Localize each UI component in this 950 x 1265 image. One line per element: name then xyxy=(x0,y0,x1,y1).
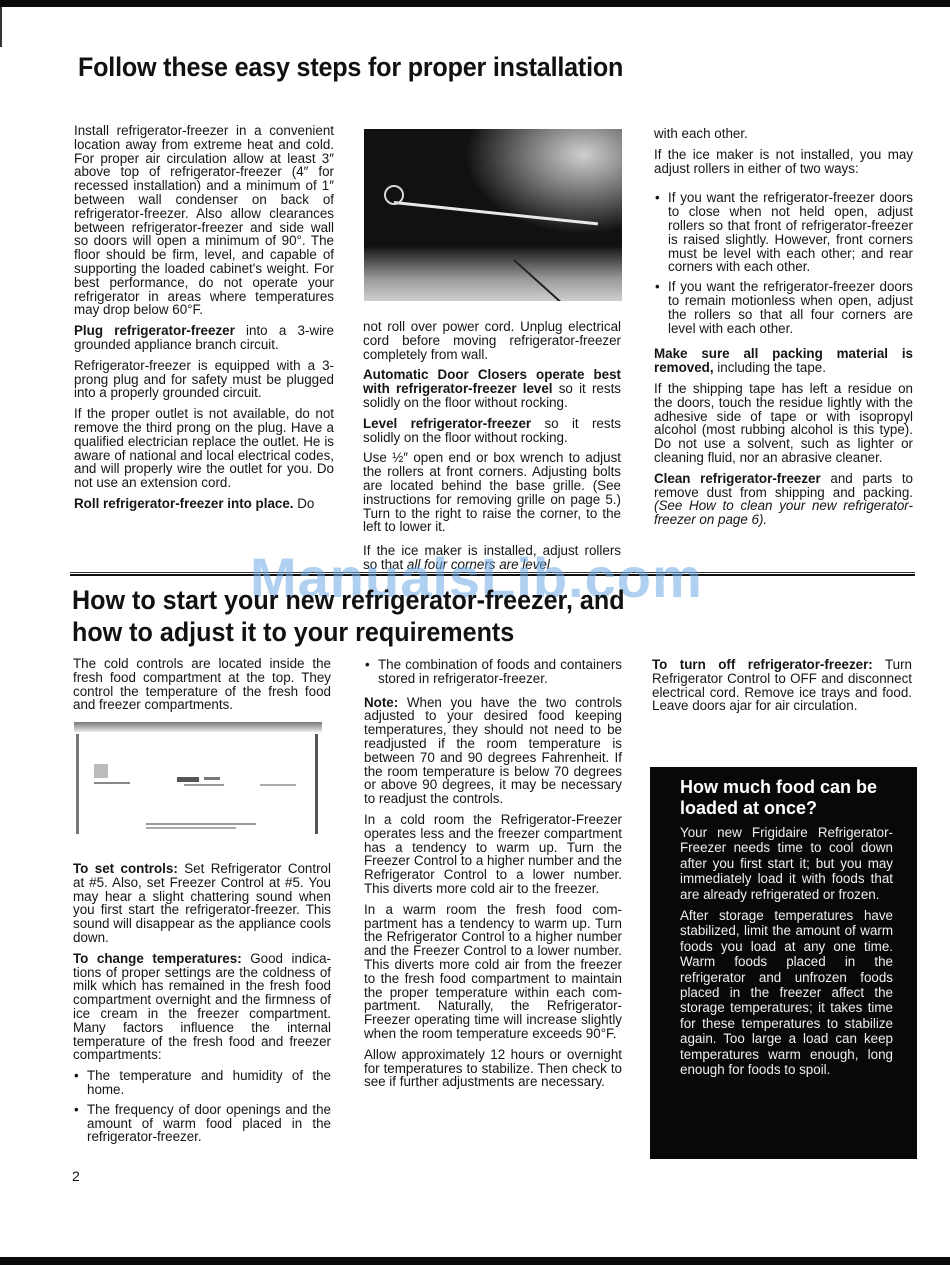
prong-paragraph: Refrigerator-freezer is equipped with a … xyxy=(74,359,334,400)
start-column-1-top: The cold controls are located inside the… xyxy=(73,657,331,719)
food-load-callout: How much food can be loaded at once? You… xyxy=(650,767,917,1159)
plug-heading: Plug refrigerator-freezer xyxy=(74,323,235,338)
location-paragraph: Install refrigerator-freezer in a conven… xyxy=(74,124,334,317)
brand-label-icon xyxy=(177,777,199,782)
change-temps-heading: To change temperatures: xyxy=(73,951,242,966)
roller-options-list: If you want the refrigerator-freezer doo… xyxy=(654,191,913,335)
list-item: If you want the refrigerator-freezer doo… xyxy=(654,191,913,274)
level-paragraph: Level refrigerator-freezer so it rests s… xyxy=(363,417,621,445)
roller-adjustment-photo xyxy=(364,129,622,301)
note-paragraph: Note: When you have the two controls adj… xyxy=(364,696,622,806)
installation-column-2: not roll over power cord. Unplug elec­tr… xyxy=(363,320,621,579)
set-controls-paragraph: To set controls: Set Refrigerator Con­tr… xyxy=(73,862,331,945)
clean-reference: (See How to clean your new refrigerator-… xyxy=(654,498,913,527)
list-item: The temperature and humidity of the home… xyxy=(73,1069,331,1097)
packing-paragraph: Make sure all packing material is remove… xyxy=(654,347,913,375)
installation-column-3: with each other. If the ice maker is not… xyxy=(654,127,913,534)
plug-paragraph: Plug refrigerator-freezer into a 3-wire … xyxy=(74,324,334,352)
roll-paragraph: Roll refrigerator-freezer into place. Do xyxy=(74,497,334,511)
bolt-shape xyxy=(384,185,404,205)
note-label: Note: xyxy=(364,695,398,710)
door-closers-paragraph: Automatic Door Closers operate best with… xyxy=(363,368,621,409)
start-column-3: To turn off refrigerator-freezer: Turn R… xyxy=(652,658,912,720)
wrench-shape xyxy=(394,201,598,225)
no-ice-maker-paragraph: If the ice maker is not installed, you m… xyxy=(654,148,913,176)
section-divider xyxy=(70,574,915,576)
warm-room-paragraph: In a warm room the fresh food com­partme… xyxy=(364,903,622,1041)
wrench-paragraph: Use ½″ open end or box wrench to adjust … xyxy=(363,451,621,534)
turn-off-heading: To turn off refrigerator-freezer: xyxy=(652,657,873,672)
section-title-start: How to start your new refrigerator-freez… xyxy=(72,584,625,648)
cold-controls-paragraph: The cold controls are located inside the… xyxy=(73,657,331,712)
page-number: 2 xyxy=(72,1168,80,1184)
list-item: The frequency of door openings and the a… xyxy=(73,1103,331,1144)
callout-paragraph-2: After storage temperatures have stabiliz… xyxy=(680,908,893,1077)
level-heading: Level refrigerator-freezer xyxy=(363,416,531,431)
factors-list-continued: The combination of foods and con­tainers… xyxy=(364,658,622,686)
clean-heading: Clean refrigerator-freezer xyxy=(654,471,821,486)
residue-paragraph: If the shipping tape has left a residue … xyxy=(654,382,913,465)
section-divider-thin xyxy=(70,572,915,573)
cold-room-paragraph: In a cold room the Refrigerator-Freezer … xyxy=(364,813,622,896)
section-title-installation: Follow these easy steps for proper insta… xyxy=(78,52,623,83)
list-item: If you want the refrigerator-freezer doo… xyxy=(654,280,913,335)
installation-column-1: Install refrigerator-freezer in a conven… xyxy=(74,124,334,518)
set-controls-heading: To set controls: xyxy=(73,861,178,876)
callout-title: How much food can be loaded at once? xyxy=(680,777,893,819)
cold-control-diagram xyxy=(74,722,322,840)
left-edge-mark xyxy=(0,7,2,47)
start-column-1-bottom: To set controls: Set Refrigerator Con­tr… xyxy=(73,862,331,1151)
list-item: The combination of foods and con­tainers… xyxy=(364,658,622,686)
change-temps-paragraph: To change temperatures: Good indica­tion… xyxy=(73,952,331,1062)
ice-maker-paragraph: If the ice maker is installed, adjust ro… xyxy=(363,544,621,572)
callout-paragraph-1: Your new Frigidaire Refrigerator-Freezer… xyxy=(680,825,893,902)
turn-off-paragraph: To turn off refrigerator-freezer: Turn R… xyxy=(652,658,912,713)
continued-paragraph: with each other. xyxy=(654,127,913,141)
control-dial-icon xyxy=(94,764,108,778)
top-border xyxy=(0,0,950,7)
roll-heading: Roll refrigerator-freezer into place. xyxy=(74,496,294,511)
stabilize-paragraph: Allow approximately 12 hours or over­nig… xyxy=(364,1048,622,1089)
power-cord-paragraph: not roll over power cord. Unplug elec­tr… xyxy=(363,320,621,361)
factors-list: The temperature and humidity of the home… xyxy=(73,1069,331,1144)
outlet-paragraph: If the proper outlet is not available, d… xyxy=(74,407,334,490)
start-column-2: The combination of foods and con­tainers… xyxy=(364,658,622,1096)
bottom-border xyxy=(0,1257,950,1265)
clean-paragraph: Clean refrigerator-freezer and parts to … xyxy=(654,472,913,527)
